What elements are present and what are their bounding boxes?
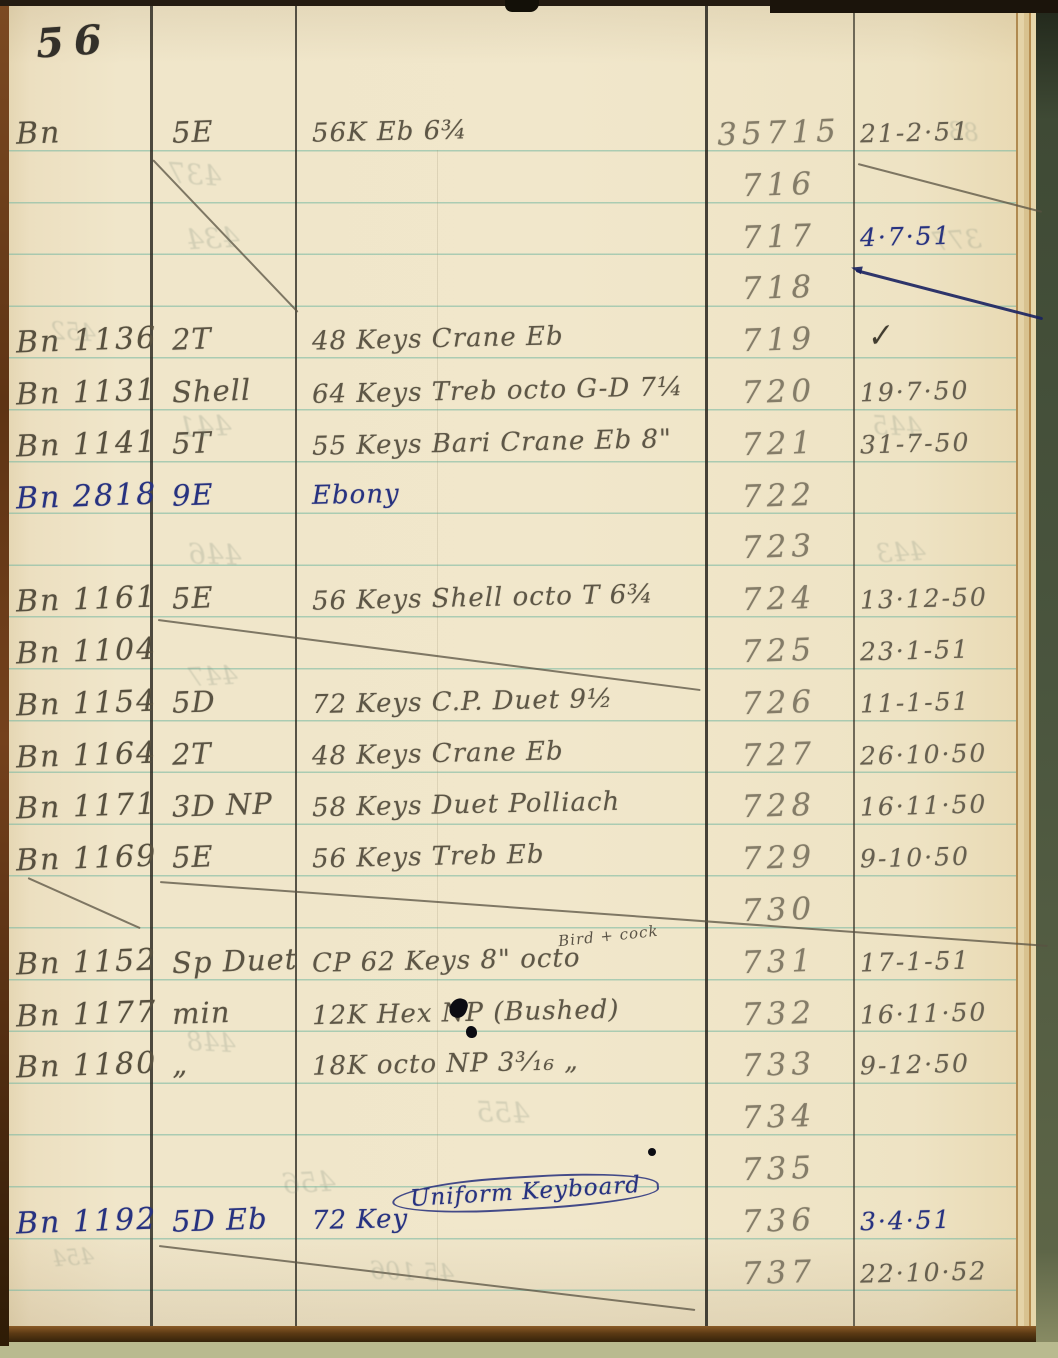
bleedthrough-ghost: 455 (475, 1095, 530, 1130)
bleedthrough-ghost: 456 (281, 1165, 336, 1201)
bleedthrough-ghost: 448 (185, 1027, 236, 1060)
backdrop-bottom (0, 1342, 1058, 1358)
bleedthrough-ghost: 434 (185, 221, 240, 257)
bleedthrough-ghost: 446 (187, 537, 242, 572)
bleedthrough-ghost: 443 (875, 537, 926, 570)
scan-page: 56 Bn5E56K Eb 6¾3571521-2·517167174·7·51… (0, 0, 1058, 1358)
bleedthrough-ghost: 441 (177, 409, 232, 444)
bleedthrough-ghost: 45 106 (370, 1257, 455, 1288)
bleedthrough-ghost: 83 (947, 117, 980, 148)
bleedthrough-ghost: 452 (49, 317, 96, 347)
bleedthrough-ghost: 454 (51, 1245, 95, 1273)
backdrop-right (1036, 0, 1058, 1358)
bleedthrough-ghost: 445 (871, 411, 922, 444)
bleedthrough-ghost: 437 (167, 156, 223, 193)
bleedthrough-ghost: 377 (931, 224, 983, 257)
bleedthrough-layer: 4374344524414464474488337744544345545645… (0, 0, 1036, 1330)
bleedthrough-ghost: 447 (187, 661, 238, 694)
